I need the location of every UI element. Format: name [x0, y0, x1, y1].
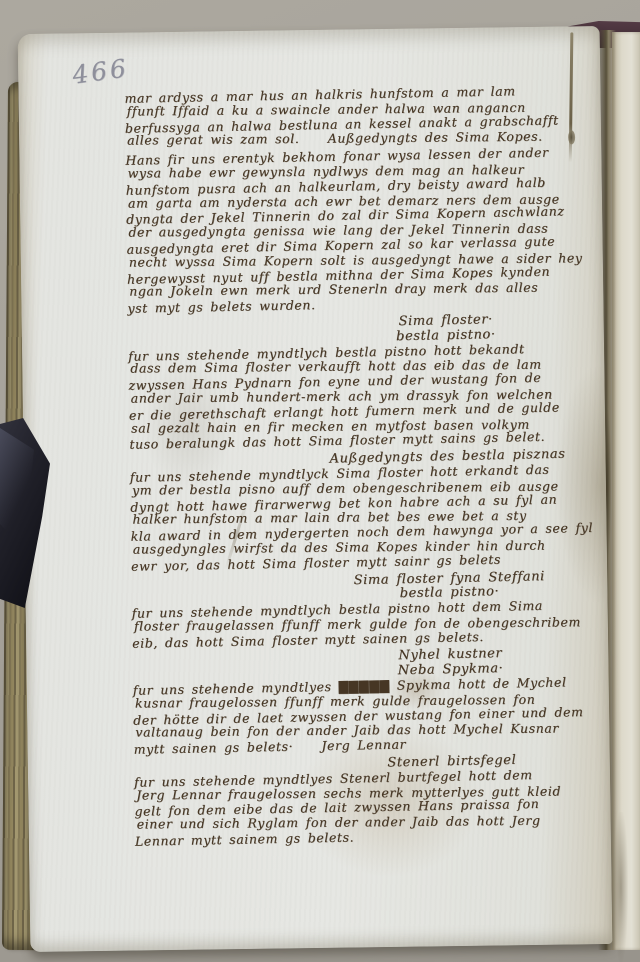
manuscript-text: mar ardyss a mar hus an halkris hunfstom…: [124, 84, 587, 851]
paragraph: fur uns stehende myndtlych bestla pistno…: [128, 342, 581, 452]
paragraph: fur uns stehende myndtlyck Sima floster …: [130, 463, 583, 573]
paragraph: Hans fir uns erentyk bekhom fonar wysa l…: [125, 146, 579, 315]
paragraph: fur uns stehende myndtlych bestla pistno…: [132, 599, 585, 650]
paragraph: fur uns stehende myndtlyes ▇▇▇▇▇ Spykma …: [133, 676, 586, 756]
paragraph: mar ardyss a mar hus an halkris hunfstom…: [124, 84, 577, 149]
facing-page-stain: [614, 812, 628, 962]
facing-page: [612, 32, 640, 950]
paragraph: fur uns stehende myndtlyes Stenerl burtf…: [134, 768, 587, 848]
manuscript-page: 466 mar ardyss a mar hus an halkris hunf…: [18, 26, 613, 952]
photo-background: 466 mar ardyss a mar hus an halkris hunf…: [0, 0, 640, 962]
